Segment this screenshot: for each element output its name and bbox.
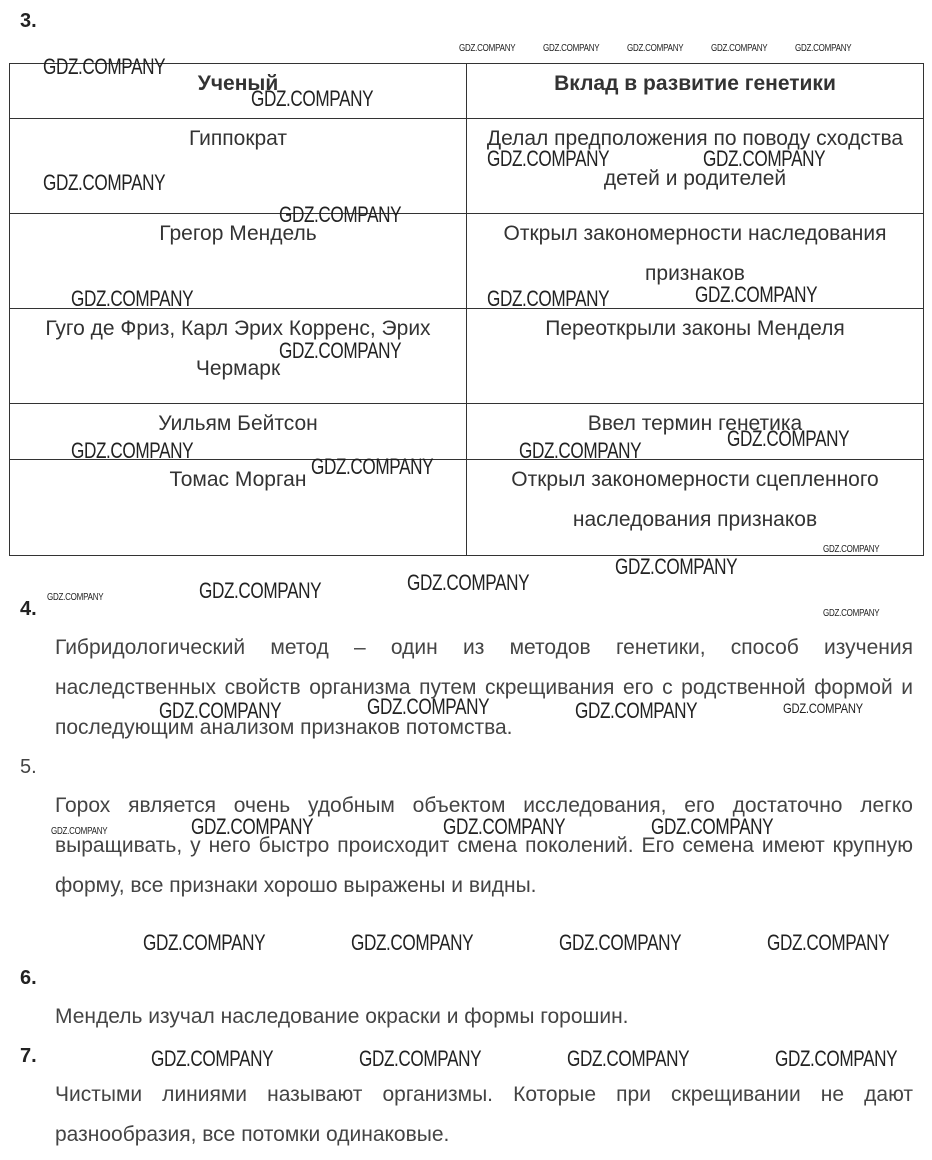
watermark: GDZ.COMPANY (795, 43, 851, 54)
cell-scientist: Грегор Мендель (10, 214, 467, 309)
cell-contribution: Переоткрыли законы Менделя (467, 309, 924, 404)
watermark: GDZ.COMPANY (767, 930, 889, 956)
table-row: Томас Морган Открыл закономерности сцепл… (10, 460, 924, 556)
task-7-number: 7. (20, 1045, 37, 1068)
watermark: GDZ.COMPANY (823, 608, 879, 619)
cell-scientist: Томас Морган (10, 460, 467, 556)
cell-contribution: Ввел термин генетика (467, 404, 924, 460)
watermark: GDZ.COMPANY (359, 1046, 481, 1072)
watermark: GDZ.COMPANY (615, 554, 737, 580)
task-4-answer: Гибридологический метод – один из методо… (55, 628, 913, 748)
watermark: GDZ.COMPANY (407, 570, 529, 596)
cell-contribution: Открыл закономерности сцепленного наслед… (467, 460, 924, 556)
task-3-number: 3. (20, 10, 37, 33)
table-row: Гиппократ Делал предположения по поводу … (10, 119, 924, 214)
watermark: GDZ.COMPANY (151, 1046, 273, 1072)
task-4-number: 4. (20, 598, 37, 621)
watermark: GDZ.COMPANY (627, 43, 683, 54)
watermark: GDZ.COMPANY (711, 43, 767, 54)
watermark: GDZ.COMPANY (351, 930, 473, 956)
cell-scientist: Гуго де Фриз, Карл Эрих Корренс, Эрих Че… (10, 309, 467, 404)
scientists-table: Ученый Вклад в развитие генетики Гиппокр… (9, 63, 924, 556)
table-row: Грегор Мендель Открыл закономерности нас… (10, 214, 924, 309)
cell-contribution: Делал предположения по поводу сходства д… (467, 119, 924, 214)
watermark: GDZ.COMPANY (199, 578, 321, 604)
watermark: GDZ.COMPANY (567, 1046, 689, 1072)
watermark: GDZ.COMPANY (559, 930, 681, 956)
watermark: GDZ.COMPANY (459, 43, 515, 54)
task-5-answer: Горох является очень удобным объектом ис… (55, 786, 913, 906)
header-contribution: Вклад в развитие генетики (467, 64, 924, 119)
watermark: GDZ.COMPANY (47, 592, 103, 603)
cell-contribution: Открыл закономерности наследования призн… (467, 214, 924, 309)
table-header-row: Ученый Вклад в развитие генетики (10, 64, 924, 119)
cell-scientist: Гиппократ (10, 119, 467, 214)
task-7-answer: Чистыми линиями называют организмы. Кото… (55, 1075, 913, 1155)
task-5-number: 5. (20, 756, 37, 779)
watermark: GDZ.COMPANY (775, 1046, 897, 1072)
cell-scientist: Уильям Бейтсон (10, 404, 467, 460)
header-scientist: Ученый (10, 64, 467, 119)
task-6-answer: Мендель изучал наследование окраски и фо… (55, 997, 913, 1037)
watermark: GDZ.COMPANY (543, 43, 599, 54)
table-row: Гуго де Фриз, Карл Эрих Корренс, Эрих Че… (10, 309, 924, 404)
task-6-number: 6. (20, 967, 37, 990)
table-row: Уильям Бейтсон Ввел термин генетика (10, 404, 924, 460)
watermark: GDZ.COMPANY (143, 930, 265, 956)
